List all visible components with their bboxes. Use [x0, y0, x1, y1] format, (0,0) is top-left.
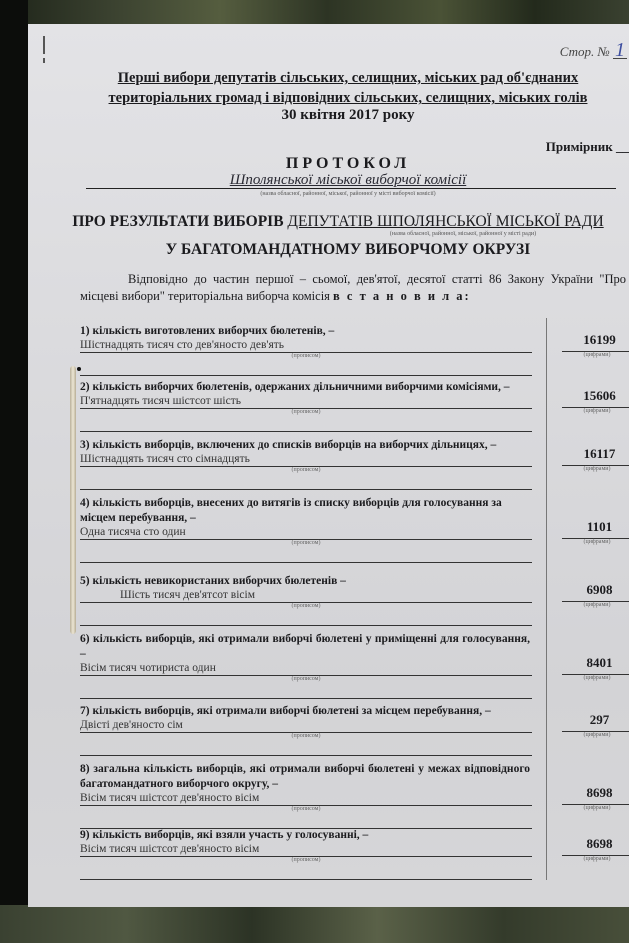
- binding-string: [70, 366, 76, 634]
- result-item: 1) кількість виготовлених виборчих бюлет…: [80, 324, 625, 359]
- protocol-page: Стор. № 1 Перші вибори депутатів сільськ…: [28, 24, 629, 907]
- digits-hint: (цифрами): [562, 466, 629, 472]
- page-number: Стор. № 1: [560, 42, 627, 60]
- intro-paragraph: Відповідно до частин першої – сьомої, де…: [80, 271, 626, 305]
- digits-hint: (цифрами): [562, 856, 629, 862]
- election-date: 30 квітня 2017 року: [88, 107, 608, 124]
- words-hint: (прописом): [80, 409, 532, 415]
- item-value-words: Вісім тисяч шістсот дев'яносто вісім: [80, 792, 625, 805]
- commission-hint: (назва обласної, районної, міської, райо…: [88, 191, 608, 197]
- item-value-digits: 297: [572, 712, 627, 728]
- item-label: 2) кількість виборчих бюлетенів, одержан…: [80, 380, 530, 395]
- background-left: [0, 0, 28, 943]
- item-value-digits: 8698: [572, 785, 627, 801]
- item-separator: [80, 625, 532, 626]
- item-value-digits: 8698: [572, 836, 627, 852]
- sample-label: Примірник __: [546, 139, 629, 155]
- item-value-digits: 16199: [572, 332, 627, 348]
- margin-mark: [43, 36, 45, 54]
- item-value-words: П'ятнадцять тисяч шістсот шість: [80, 395, 625, 408]
- item-separator: [80, 755, 532, 756]
- council-hint: (назва обласної, районної, міської, райо…: [333, 231, 593, 237]
- item-label: 7) кількість виборців, які отримали вибо…: [80, 704, 530, 719]
- binding-hole: [77, 367, 81, 371]
- election-heading: Перші вибори депутатів сільських, селищн…: [88, 68, 608, 108]
- digits-hint: (цифрами): [562, 602, 629, 608]
- words-hint: (прописом): [80, 806, 532, 812]
- result-item: 3) кількість виборців, включених до спис…: [80, 438, 625, 473]
- item-label: 5) кількість невикористаних виборчих бюл…: [80, 574, 530, 589]
- item-value-words: Шістнадцять тисяч сто дев'яносто дев'ять: [80, 339, 625, 352]
- item-label: 6) кількість виборців, які отримали вибо…: [80, 632, 530, 662]
- item-separator: [80, 698, 532, 699]
- item-separator: [80, 431, 532, 432]
- item-value-words: Шість тисяч дев'ятсот вісім: [80, 589, 625, 602]
- digits-hint: (цифрами): [562, 539, 629, 545]
- item-separator: [80, 562, 532, 563]
- background-bottom: [0, 905, 629, 943]
- item-value-words: Вісім тисяч чотириста один: [80, 662, 625, 675]
- item-separator: [80, 879, 532, 880]
- item-label: 3) кількість виборців, включених до спис…: [80, 438, 530, 453]
- result-item: 5) кількість невикористаних виборчих бюл…: [80, 574, 625, 609]
- council-name: ДЕПУТАТІВ ШПОЛЯНСЬКОЇ МІСЬКОЇ РАДИ: [287, 213, 603, 230]
- results-prefix: ПРО РЕЗУЛЬТАТИ ВИБОРІВ: [72, 213, 283, 230]
- item-value-words: Шістнадцять тисяч сто сімнадцять: [80, 453, 625, 466]
- words-hint: (прописом): [80, 857, 532, 863]
- digits-hint: (цифрами): [562, 352, 629, 358]
- words-hint: (прописом): [80, 540, 532, 546]
- margin-mark: [43, 58, 45, 63]
- words-hint: (прописом): [80, 603, 532, 609]
- digits-hint: (цифрами): [562, 675, 629, 681]
- digits-hint: (цифрами): [562, 732, 629, 738]
- words-hint: (прописом): [80, 733, 532, 739]
- item-separator: [80, 489, 532, 490]
- item-value-words: Вісім тисяч шістсот дев'яносто вісім: [80, 843, 625, 856]
- item-value-digits: 15606: [572, 388, 627, 404]
- words-hint: (прописом): [80, 676, 532, 682]
- result-item: 6) кількість виборців, які отримали вибо…: [80, 632, 625, 682]
- digits-hint: (цифрами): [562, 408, 629, 414]
- background-top: [0, 0, 629, 26]
- words-hint: (прописом): [80, 353, 532, 359]
- result-item: 8) загальна кількість виборців, які отри…: [80, 762, 625, 812]
- item-value-digits: 16117: [572, 446, 627, 462]
- district-title: У БАГАТОМАНДАТНОМУ ВИБОРЧОМУ ОКРУЗІ: [88, 241, 608, 259]
- intro-emphasis: в с т а н о в и л а:: [333, 289, 471, 303]
- item-label: 4) кількість виборців, внесених до витяг…: [80, 496, 530, 526]
- page-number-value: 1: [613, 42, 627, 59]
- item-label: 8) загальна кількість виборців, які отри…: [80, 762, 530, 792]
- item-value-words: Двісті дев'яносто сім: [80, 719, 625, 732]
- results-title: ПРО РЕЗУЛЬТАТИ ВИБОРІВ ДЕПУТАТІВ ШПОЛЯНС…: [48, 213, 628, 231]
- item-value-digits: 8401: [572, 655, 627, 671]
- item-label: 9) кількість виборців, які взяли участь …: [80, 828, 530, 843]
- result-item: 9) кількість виборців, які взяли участь …: [80, 828, 625, 863]
- commission-name: Шполянської міської виборчої комісії: [88, 172, 608, 189]
- result-item: 2) кількість виборчих бюлетенів, одержан…: [80, 380, 625, 415]
- item-value-words: Одна тисяча сто один: [80, 526, 625, 539]
- words-hint: (прописом): [80, 467, 532, 473]
- item-value-digits: 6908: [572, 582, 627, 598]
- page-number-label: Стор. №: [560, 44, 610, 59]
- result-item: 7) кількість виборців, які отримали вибо…: [80, 704, 625, 739]
- commission-name-text: Шполянської міської виборчої комісії: [230, 172, 467, 188]
- result-item: 4) кількість виборців, внесених до витяг…: [80, 496, 625, 546]
- digits-hint: (цифрами): [562, 805, 629, 811]
- item-label: 1) кількість виготовлених виборчих бюлет…: [80, 324, 530, 339]
- protocol-title: ПРОТОКОЛ: [88, 155, 608, 173]
- item-value-digits: 1101: [572, 519, 627, 535]
- item-separator: [80, 375, 532, 376]
